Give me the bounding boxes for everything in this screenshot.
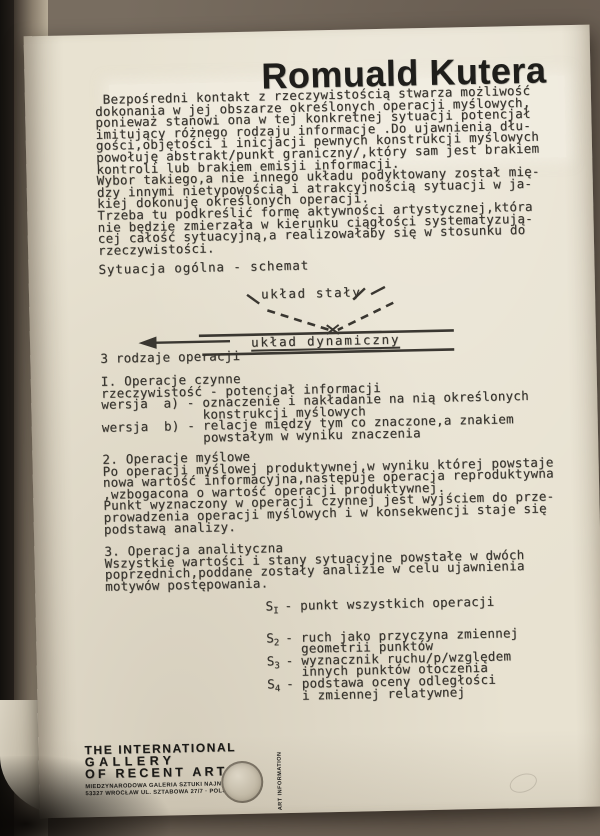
section-operacje-czynne: I. Operacje czynne rzeczywistość - poten… [101, 367, 530, 446]
document-page: Romuald Kutera Bezpośredni kontakt z rze… [24, 25, 600, 819]
diagram-label-uklad-staly: układ stały [261, 286, 362, 300]
s2-marker: S2 [266, 632, 285, 650]
section-operacja-analityczna: 3. Operacja analityczna Wszystkie wartoś… [104, 537, 525, 592]
photo-scene: Romuald Kutera Bezpośredni kontakt z rze… [0, 0, 600, 836]
s4-text: - podstawa oceny odległości i zmiennej r… [286, 674, 496, 702]
s-definition-4: S4 - podstawa oceny odległości i zmienne… [267, 673, 520, 701]
globe-stamp-icon [221, 761, 264, 804]
operations-heading: 3 rodzaje operacji [100, 350, 240, 365]
section-operacje-myslowe: 2. Operacje myślowe Po operacji myślowej… [102, 444, 555, 535]
s1-marker: SI [265, 600, 284, 618]
intro-paragraph: Bezpośredni kontakt z rzeczywistością st… [95, 85, 542, 257]
s4-marker: S4 [267, 678, 286, 696]
stamp-side-text: ART INFORMATION [277, 756, 284, 810]
s1-text: - punkt wszystkich operacji [284, 596, 494, 612]
pencil-smudge [507, 770, 539, 796]
diagram-label-uklad-dynamiczny: układ dynamiczny [251, 334, 400, 352]
bottom-shadow [0, 756, 170, 836]
s-definitions-list: SI - punkt wszystkich operacji S2 - ruch… [265, 595, 519, 701]
s3-marker: S3 [267, 655, 286, 673]
s-definition-1: SI - punkt wszystkich operacji [265, 595, 518, 618]
schema-caption: Sytuacja ogólna - schemat [98, 259, 309, 275]
